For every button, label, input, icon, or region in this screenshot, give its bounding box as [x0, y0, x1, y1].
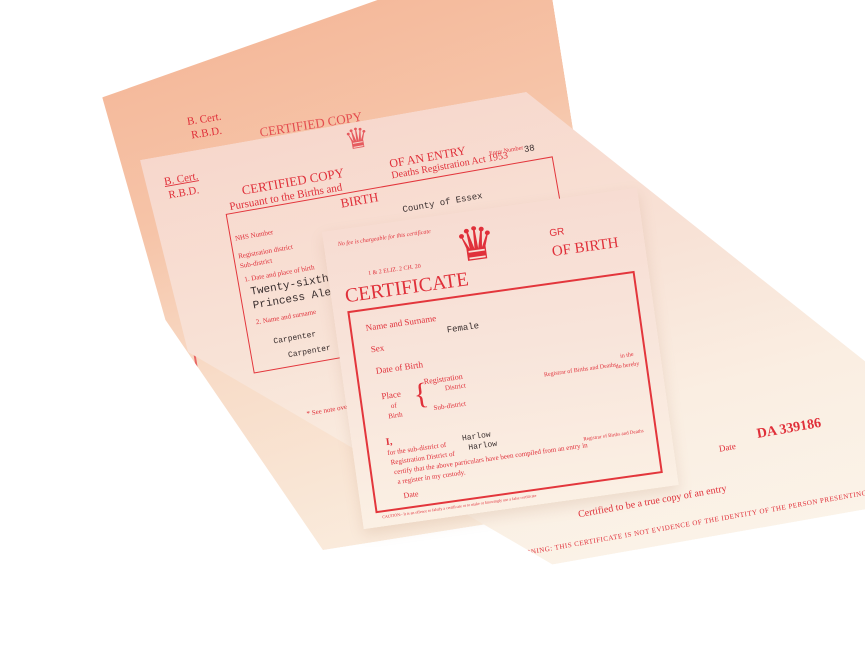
front-sex-label: Sex [370, 343, 385, 355]
royal-coat-of-arms-icon: ♛ [452, 214, 500, 273]
front-title-right: OF BIRTH [551, 235, 620, 261]
back-ref-2: R.B.D. [190, 125, 222, 142]
photo-scene: B. Cert. R.B.D. CERTIFIED COPY Pursuant … [0, 0, 865, 656]
front-cipher: GR [549, 226, 565, 239]
front-fee-note: No fee is chargeable for this certificat… [338, 229, 432, 248]
middle-serial: DA 339186 [756, 416, 823, 443]
middle-ref-2: R.B.D. [168, 184, 200, 201]
middle-date-label: Date [718, 441, 736, 454]
crest-icon: ♛ [342, 120, 373, 158]
middle-entry-number: 38 [523, 143, 535, 155]
front-i-label: I, [385, 436, 393, 448]
front-certificate: No fee is chargeable for this certificat… [322, 188, 679, 529]
front-of-label: of [390, 401, 397, 410]
